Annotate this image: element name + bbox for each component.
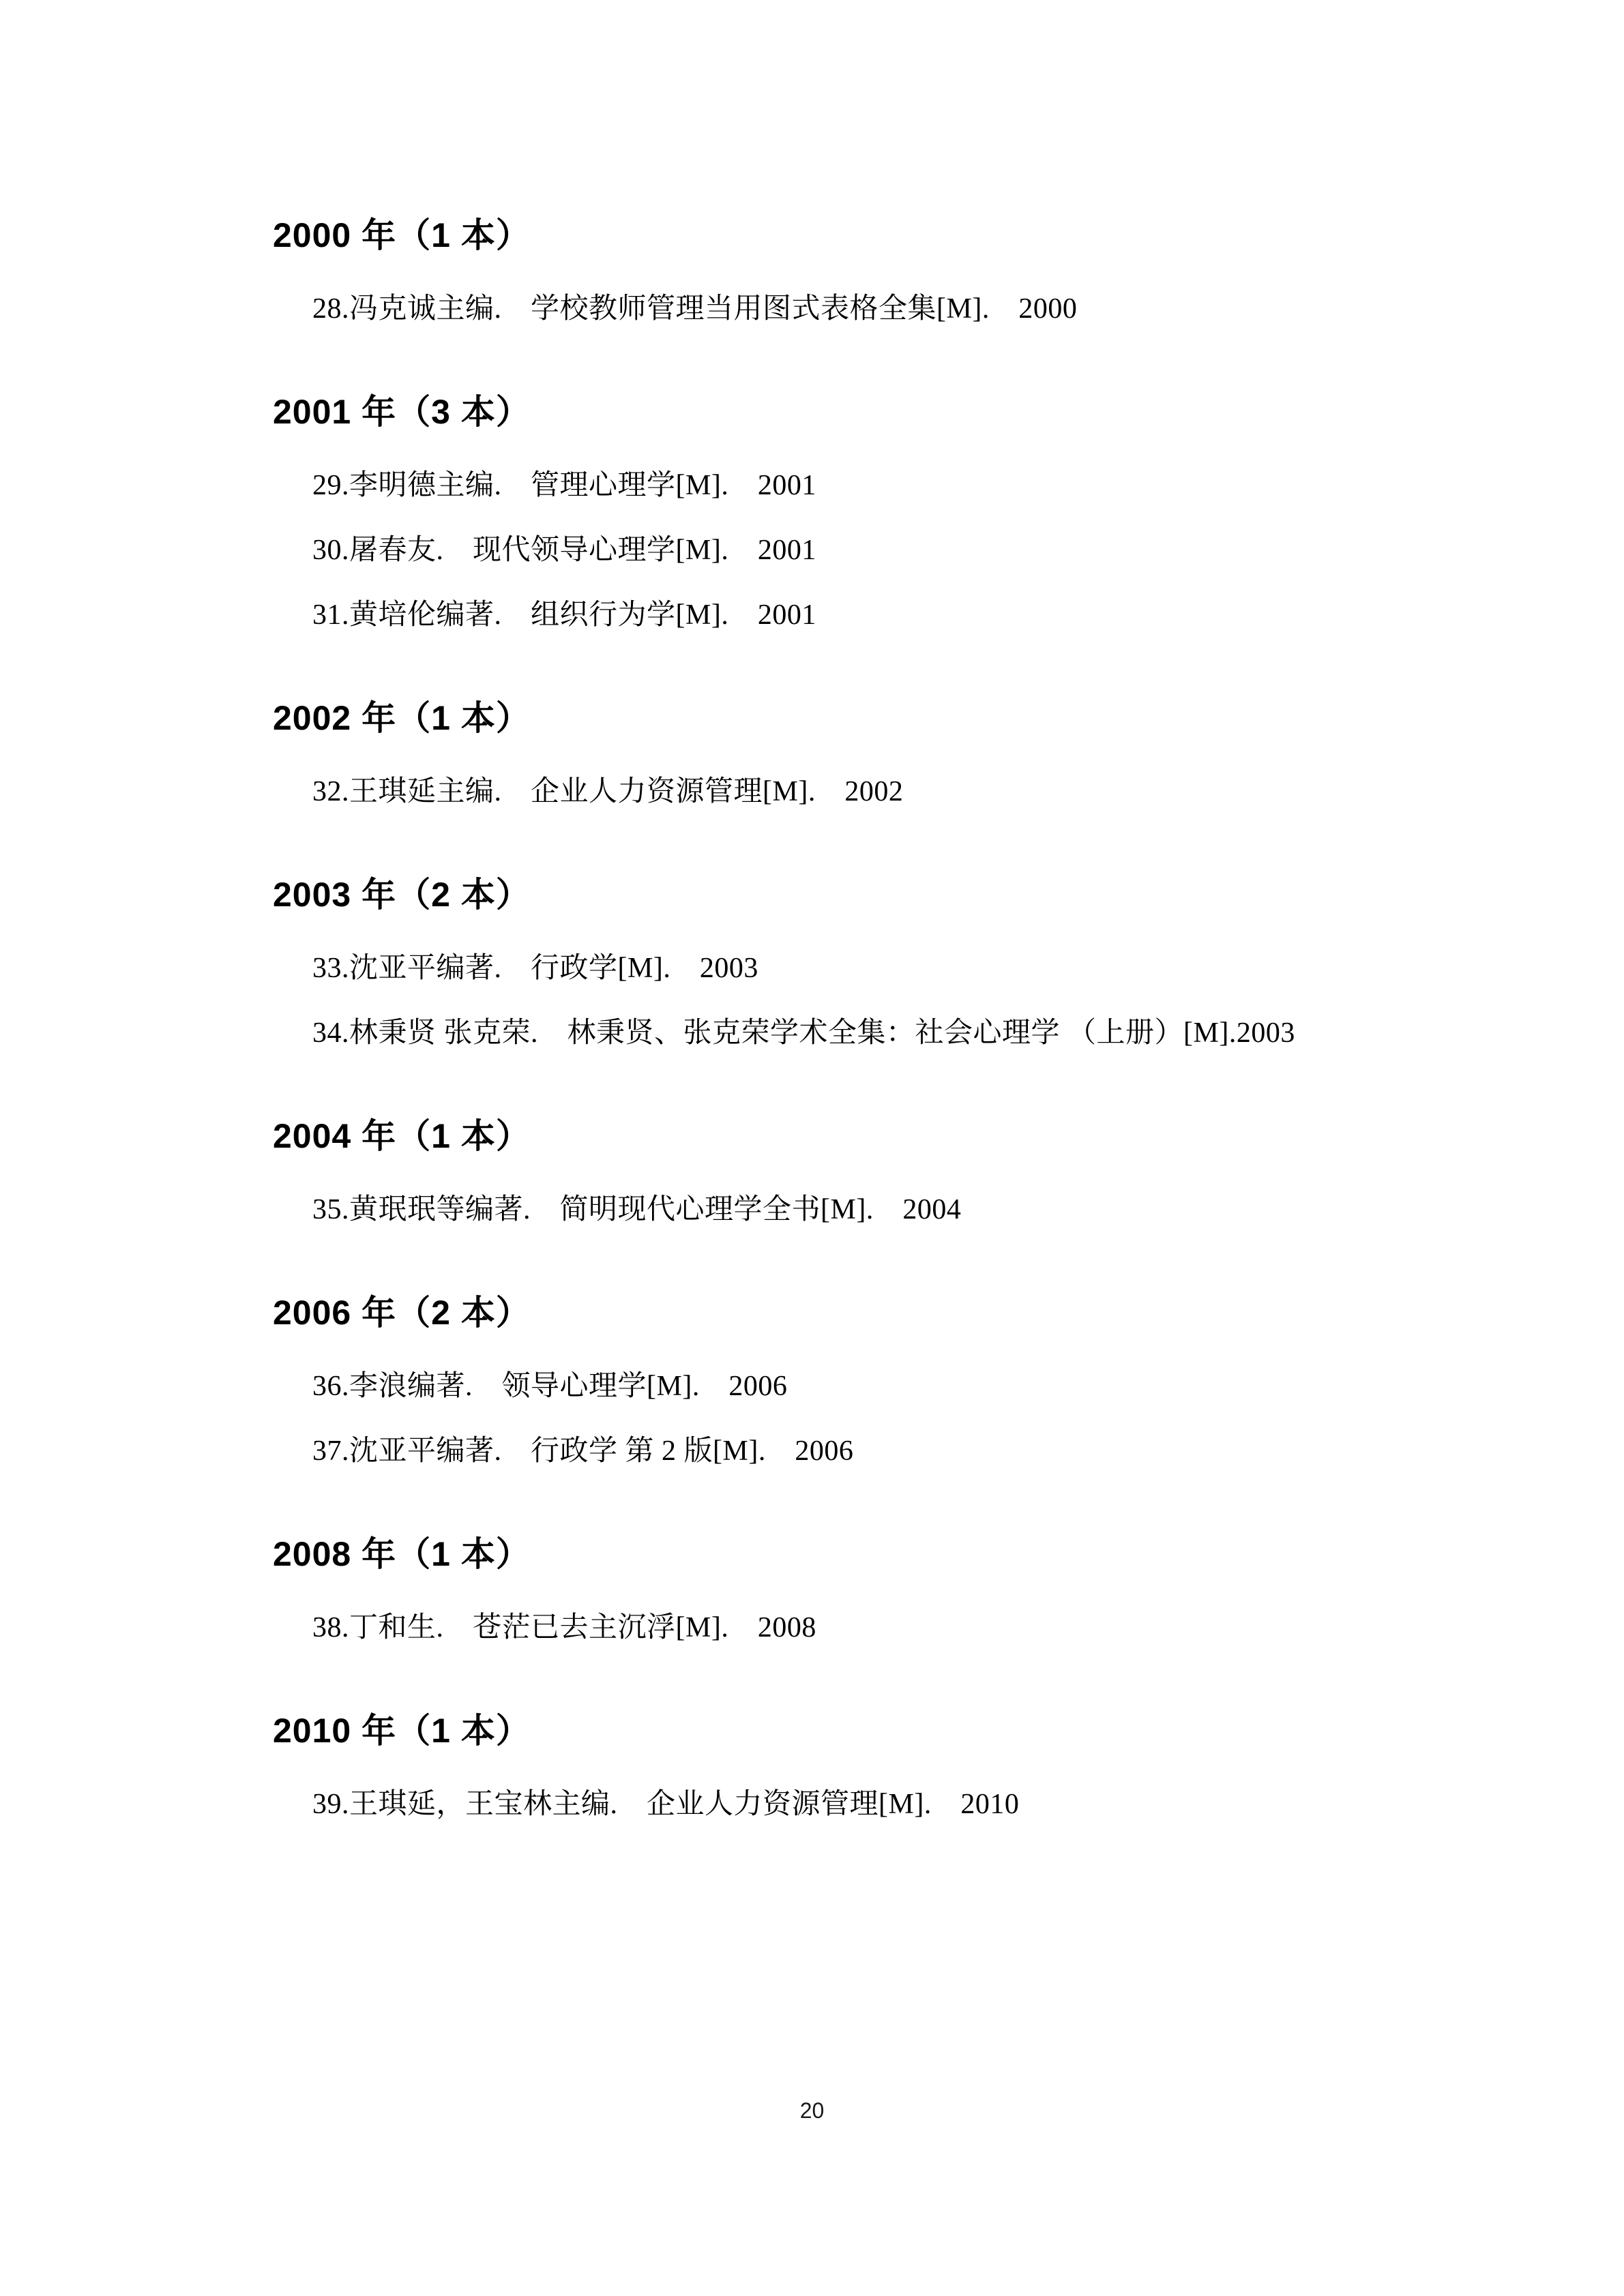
year-heading: 2000 年（1 本）: [273, 219, 1624, 252]
bibliography-entry: 31.黄培伦编著. 组织行为学[M]. 2001: [312, 600, 1624, 630]
bibliography-list: 2000 年（1 本） 28.冯克诚主编. 学校教师管理当用图式表格全集[M].…: [0, 219, 1624, 1891]
bibliography-entry: 39.王琪延，王宝林主编. 企业人力资源管理[M]. 2010: [312, 1789, 1624, 1819]
bibliography-entry: 28.冯克诚主编. 学校教师管理当用图式表格全集[M]. 2000: [312, 294, 1624, 324]
year-heading: 2003 年（2 本）: [273, 878, 1624, 911]
bibliography-entry: 29.李明德主编. 管理心理学[M]. 2001: [312, 471, 1624, 501]
bibliography-entry: 30.屠春友. 现代领导心理学[M]. 2001: [312, 535, 1624, 565]
year-section-2000: 2000 年（1 本） 28.冯克诚主编. 学校教师管理当用图式表格全集[M].…: [0, 219, 1624, 324]
bibliography-entry: 38.丁和生. 苍茫已去主沉浮[M]. 2008: [312, 1613, 1624, 1643]
year-section-2002: 2002 年（1 本） 32.王琪延主编. 企业人力资源管理[M]. 2002: [0, 702, 1624, 807]
year-section-2006: 2006 年（2 本） 36.李浪编著. 领导心理学[M]. 2006 37.沈…: [0, 1296, 1624, 1466]
bibliography-entry: 34.林秉贤 张克荣. 林秉贤、张克荣学术全集：社会心理学 （上册）[M].20…: [312, 1018, 1624, 1048]
page-number: 20: [0, 2099, 1624, 2122]
bibliography-entry: 32.王琪延主编. 企业人力资源管理[M]. 2002: [312, 777, 1624, 807]
year-heading: 2004 年（1 本）: [273, 1120, 1624, 1152]
year-section-2004: 2004 年（1 本） 35.黄珉珉等编著. 简明现代心理学全书[M]. 200…: [0, 1120, 1624, 1225]
bibliography-entry: 35.黄珉珉等编著. 简明现代心理学全书[M]. 2004: [312, 1195, 1624, 1225]
year-section-2010: 2010 年（1 本） 39.王琪延，王宝林主编. 企业人力资源管理[M]. 2…: [0, 1714, 1624, 1819]
year-section-2001: 2001 年（3 本） 29.李明德主编. 管理心理学[M]. 2001 30.…: [0, 396, 1624, 630]
bibliography-entry: 37.沈亚平编著. 行政学 第 2 版[M]. 2006: [312, 1436, 1624, 1466]
year-section-2003: 2003 年（2 本） 33.沈亚平编著. 行政学[M]. 2003 34.林秉…: [0, 878, 1624, 1048]
year-heading: 2006 年（2 本）: [273, 1296, 1624, 1329]
year-heading: 2008 年（1 本）: [273, 1538, 1624, 1570]
year-heading: 2001 年（3 本）: [273, 396, 1624, 428]
year-section-2008: 2008 年（1 本） 38.丁和生. 苍茫已去主沉浮[M]. 2008: [0, 1538, 1624, 1643]
year-heading: 2002 年（1 本）: [273, 702, 1624, 734]
year-heading: 2010 年（1 本）: [273, 1714, 1624, 1747]
bibliography-entry: 33.沈亚平编著. 行政学[M]. 2003: [312, 953, 1624, 983]
bibliography-entry: 36.李浪编著. 领导心理学[M]. 2006: [312, 1371, 1624, 1401]
document-page: 2000 年（1 本） 28.冯克诚主编. 学校教师管理当用图式表格全集[M].…: [0, 0, 1624, 2296]
